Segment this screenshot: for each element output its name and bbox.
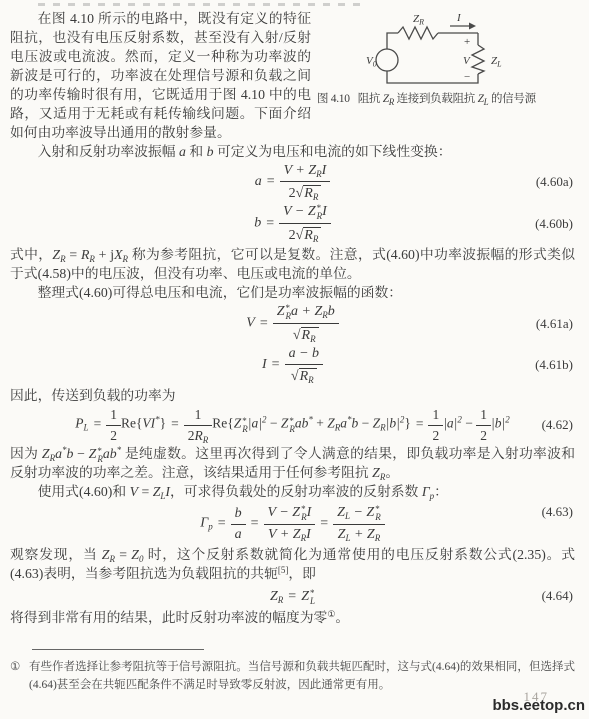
citation-5: [5] bbox=[278, 565, 289, 575]
label-plus: + bbox=[464, 36, 470, 48]
figure-number: 图 4.10 bbox=[317, 93, 350, 105]
paragraph-after-463: 观察发现，当 ZR = Z0 时，这个反射系数就简化为通常使用的电压反射系数公式… bbox=[10, 545, 575, 583]
current-arrow-icon bbox=[469, 23, 476, 30]
circuit-diagram: ZR I V0 + V − ZL bbox=[365, 11, 567, 91]
equation-number: (4.64) bbox=[542, 588, 573, 604]
label-zl: ZL bbox=[491, 55, 502, 69]
voltage-source-icon bbox=[376, 49, 398, 71]
equation-number: (4.61b) bbox=[535, 357, 573, 373]
paragraph-after-460: 式中，ZR = RR + jXR 称为参考阻抗，它可以是复数。注意，式(4.60… bbox=[10, 245, 575, 283]
paragraph-rearrange: 整理式(4.60)可得总电压和电流，它们是功率波振幅的函数： bbox=[10, 283, 575, 302]
footnote: ① 有些作者选择让参考阻抗等于信号源阻抗。当信号源和负载共轭匹配时，这与式(4.… bbox=[10, 659, 575, 694]
label-zr: ZR bbox=[413, 13, 424, 27]
scanned-textbook-page: { "page": {"number": "147", "watermark":… bbox=[0, 0, 589, 719]
equation-462: PL=12Re{VI*}=12RRRe{Z*R|a|2 − Z*Rab* + Z… bbox=[10, 406, 575, 443]
footnote-text: 有些作者选择让参考阻抗等于信号源阻抗。当信号源和负载共轭匹配时，这与式(4.64… bbox=[29, 659, 575, 694]
paragraph-conclusion: 将得到非常有用的结果，此时反射功率波的幅度为零①。 bbox=[10, 608, 575, 627]
equation-number: (4.62) bbox=[542, 417, 573, 433]
footnote-separator bbox=[32, 649, 204, 650]
watermark: bbs.eetop.cn bbox=[492, 697, 585, 714]
figure-caption: 图 4.10阻抗 ZR 连接到负载阻抗 ZL 的信号源 bbox=[317, 92, 575, 107]
figure-4-10: ZR I V0 + V − ZL 图 4.10阻抗 ZR 连接到负载阻抗 ZL … bbox=[317, 11, 575, 107]
label-current: I bbox=[456, 12, 462, 24]
equation-number: (4.61a) bbox=[536, 316, 573, 332]
label-voltage: V bbox=[463, 55, 471, 67]
label-source: V0 bbox=[366, 55, 377, 69]
equation-number: (4.60b) bbox=[535, 216, 573, 232]
wire bbox=[387, 33, 398, 49]
equation-461b: I=a − b√RR (4.61b) bbox=[10, 345, 575, 385]
equation-461a: V=Z*Ra + ZRb√RR (4.61a) bbox=[10, 303, 575, 344]
label-minus: − bbox=[464, 71, 470, 83]
equation-number: (4.60a) bbox=[536, 174, 573, 190]
footnote-marker: ① bbox=[10, 659, 29, 694]
paragraph-before-463: 使用式(4.60)和 V = ZLI，可求得负载处的反射功率波的反射系数 Γp： bbox=[10, 482, 575, 501]
paragraph-power-wave-def: 入射和反射功率波振幅 a 和 b 可定义为电压和电流的如下线性变换： bbox=[10, 142, 575, 161]
equation-463: Γp=ba=V − Z*RIV + ZRI=ZL − Z*RZL + ZR (4… bbox=[10, 504, 575, 543]
resistor-zl-icon bbox=[472, 45, 484, 74]
page-body: ZR I V0 + V − ZL 图 4.10阻抗 ZR 连接到负载阻抗 ZL … bbox=[0, 0, 589, 719]
equation-464: ZR=Z*L (4.64) bbox=[10, 587, 575, 605]
paragraph-after-462: 因为 ZRa*b − Z*Rab* 是纯虚数。这里再次得到了令人满意的结果，即负… bbox=[10, 444, 575, 482]
clipped-previous-line bbox=[38, 3, 368, 6]
equation-number: (4.63) bbox=[542, 504, 573, 520]
paragraph-power-delivered: 因此，传送到负载的功率为 bbox=[10, 386, 575, 405]
resistor-zr-icon bbox=[398, 27, 438, 39]
equation-460b: b=V − Z*RI2√RR (4.60b) bbox=[10, 203, 575, 244]
equation-460a: a=V + ZRI2√RR (4.60a) bbox=[10, 162, 575, 202]
